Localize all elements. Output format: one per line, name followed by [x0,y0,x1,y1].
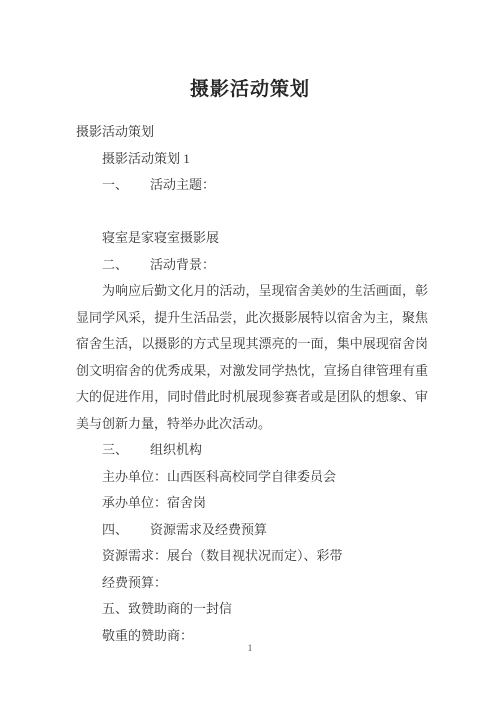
doc-line-theme-value: 寝室是家寝室摄影展 [76,225,428,252]
doc-line-sponsor-letter: 五、致赞助商的一封信 [76,596,428,623]
heading-number: 二、 [102,252,150,279]
doc-line-heading-repeat: 摄影活动策划 [76,119,428,146]
doc-line-budget: 经费预算： [76,570,428,597]
heading-text: 活动背景： [150,257,215,272]
doc-line-organizer-unit: 承办单位：宿舍岗 [76,490,428,517]
page-number: 1 [0,643,500,653]
doc-line-host-unit: 主办单位：山西医科高校同学自律委员会 [76,464,428,491]
document-page: 摄影活动策划 摄影活动策划 摄影活动策划 1 一、活动主题： 寝室是家寝室摄影展… [0,0,500,707]
doc-paragraph-background: 为响应后勤文化月的活动，呈现宿舍美妙的生活画面，彰显同学风采，提升生活品尝，此次… [76,278,428,437]
blank-line [76,199,428,226]
heading-number: 三、 [102,437,150,464]
document-body: 摄影活动策划 摄影活动策划 1 一、活动主题： 寝室是家寝室摄影展 二、活动背景… [0,119,500,649]
doc-heading-resources-budget: 四、资源需求及经费预算 [76,517,428,544]
doc-heading-activity-background: 二、活动背景： [76,252,428,279]
heading-text: 组织机构 [150,442,202,457]
doc-line-subtitle: 摄影活动策划 1 [76,146,428,173]
doc-line-resource-needs: 资源需求：展台（数目视状况而定）、彩带 [76,543,428,570]
heading-text: 活动主题： [150,177,215,192]
heading-number: 一、 [102,172,150,199]
doc-heading-activity-theme: 一、活动主题： [76,172,428,199]
doc-heading-organization: 三、组织机构 [76,437,428,464]
document-title: 摄影活动策划 [0,0,500,102]
heading-number: 四、 [102,517,150,544]
heading-text: 资源需求及经费预算 [150,522,267,537]
